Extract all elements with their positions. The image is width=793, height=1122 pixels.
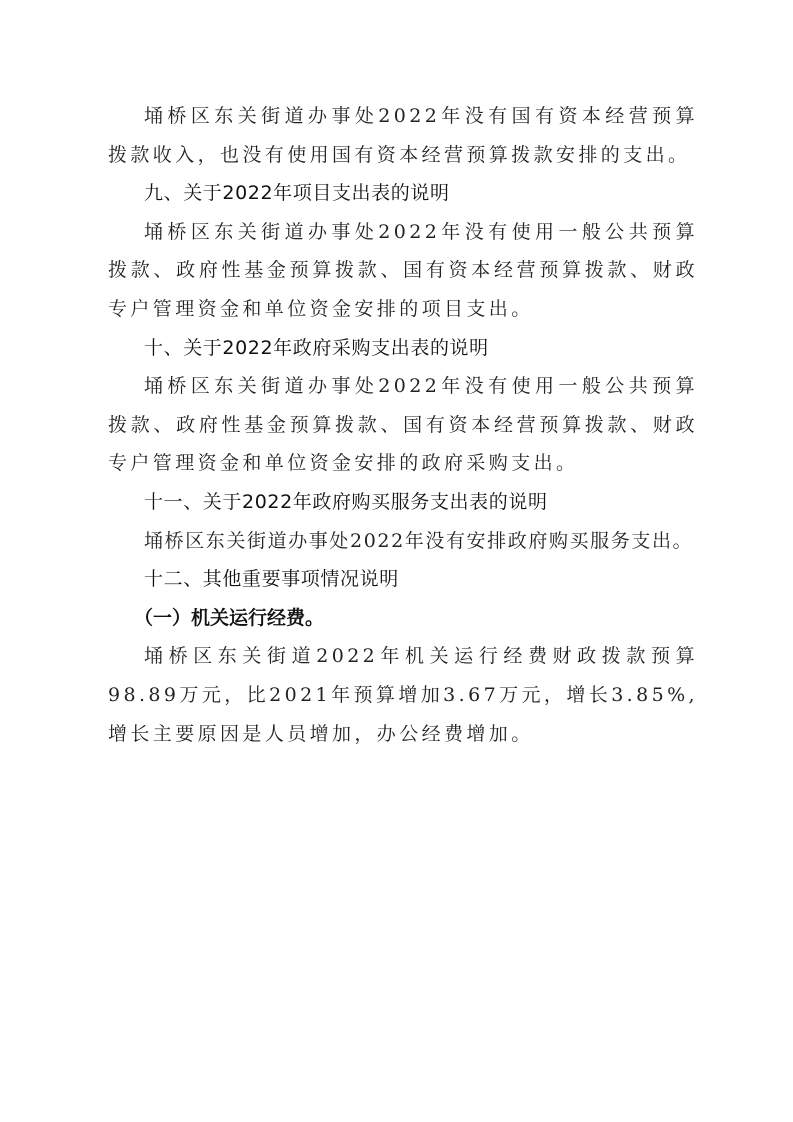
section-heading-9: 九、关于2022年项目支出表的说明: [108, 174, 698, 213]
paragraph-government-purchase-services: 埇桥区东关街道办事处2022年没有安排政府购买服务支出。: [108, 522, 698, 561]
section-heading-10: 十、关于2022年政府采购支出表的说明: [108, 329, 698, 368]
section-heading-11: 十一、关于2022年政府购买服务支出表的说明: [108, 483, 698, 522]
paragraph-government-procurement: 埇桥区东关街道办事处2022年没有使用一般公共预算拨款、政府性基金预算拨款、国有…: [108, 367, 698, 483]
paragraph-state-capital-budget: 埇桥区东关街道办事处2022年没有国有资本经营预算拨款收入，也没有使用国有资本经…: [108, 97, 698, 174]
paragraph-office-operating-costs: 埇桥区东关街道2022年机关运行经费财政拨款预算98.89万元，比2021年预算…: [108, 637, 698, 753]
paragraph-project-expenditure: 埇桥区东关街道办事处2022年没有使用一般公共预算拨款、政府性基金预算拨款、国有…: [108, 213, 698, 329]
subheading-office-operating-costs: （一）机关运行经费。: [108, 599, 698, 638]
section-heading-12: 十二、其他重要事项情况说明: [108, 560, 698, 599]
document-page: 埇桥区东关街道办事处2022年没有国有资本经营预算拨款收入，也没有使用国有资本经…: [108, 97, 698, 753]
